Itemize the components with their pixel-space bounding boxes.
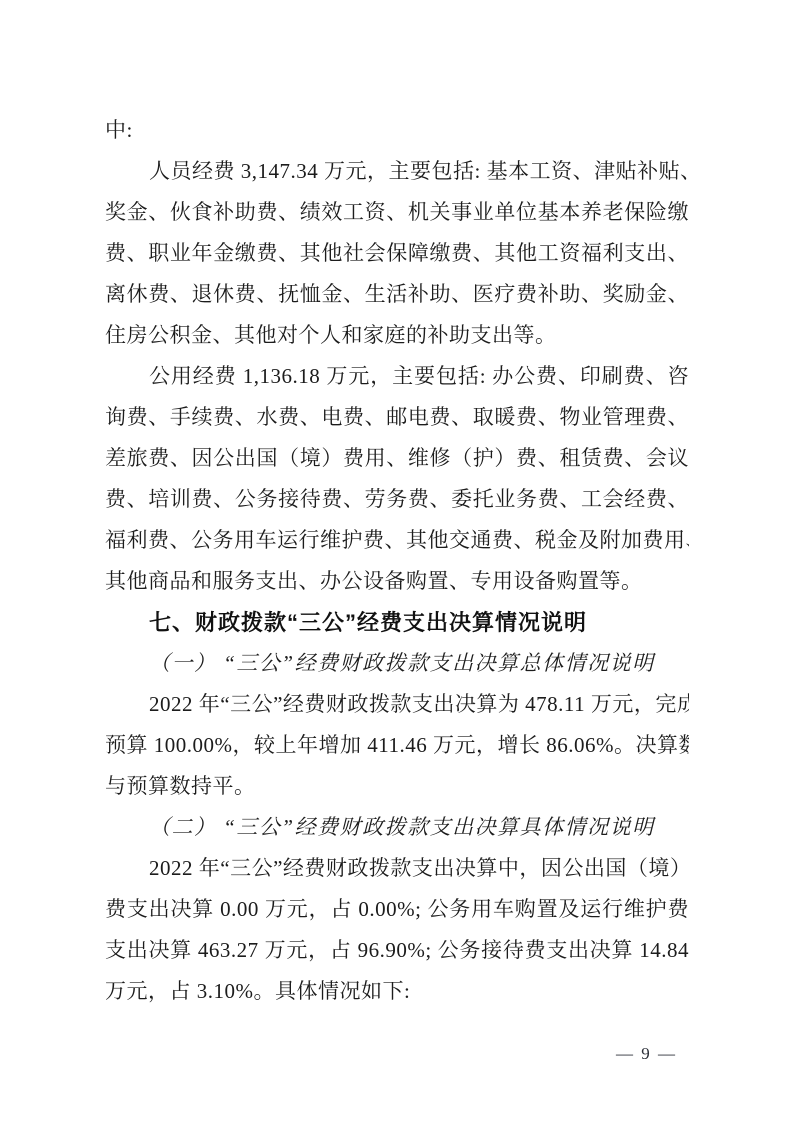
text-line: 中: (105, 110, 689, 151)
text-line: 费、职业年金缴费、其他社会保障缴费、其他工资福利支出、 (105, 233, 689, 274)
text-line: 福利费、公务用车运行维护费、其他交通费、税金及附加费用、 (105, 520, 689, 561)
text-line: 询费、手续费、水费、电费、邮电费、取暖费、物业管理费、 (105, 397, 689, 438)
subsection-heading: （二） “三公”经费财政拨款支出决算具体情况说明 (105, 807, 689, 848)
page-number: — 9 — (616, 1044, 677, 1064)
text-line: 人员经费 3,147.34 万元，主要包括: 基本工资、津贴补贴、 (105, 151, 689, 192)
text-line: 差旅费、因公出国（境）费用、维修（护）费、租赁费、会议 (105, 438, 689, 479)
text-line: 与预算数持平。 (105, 766, 689, 807)
text-line: 2022 年“三公”经费财政拨款支出决算为 478.11 万元，完成 (105, 684, 689, 725)
text-line: 支出决算 463.27 万元，占 96.90%; 公务接待费支出决算 14.84 (105, 930, 689, 971)
section-heading: 七、财政拨款“三公”经费支出决算情况说明 (105, 602, 689, 643)
text-line: 万元，占 3.10%。具体情况如下: (105, 971, 689, 1012)
subsection-heading: （一） “三公”经费财政拨款支出决算总体情况说明 (105, 643, 689, 684)
document-body: 中:人员经费 3,147.34 万元，主要包括: 基本工资、津贴补贴、奖金、伙食… (105, 110, 689, 1012)
text-line: 费支出决算 0.00 万元，占 0.00%; 公务用车购置及运行维护费 (105, 889, 689, 930)
text-line: 住房公积金、其他对个人和家庭的补助支出等。 (105, 315, 689, 356)
text-line: 离休费、退休费、抚恤金、生活补助、医疗费补助、奖励金、 (105, 274, 689, 315)
text-line: 费、培训费、公务接待费、劳务费、委托业务费、工会经费、 (105, 479, 689, 520)
text-line: 2022 年“三公”经费财政拨款支出决算中，因公出国（境） (105, 848, 689, 889)
text-line: 其他商品和服务支出、办公设备购置、专用设备购置等。 (105, 561, 689, 602)
document-page: 中:人员经费 3,147.34 万元，主要包括: 基本工资、津贴补贴、奖金、伙食… (0, 0, 793, 1122)
text-line: 公用经费 1,136.18 万元，主要包括: 办公费、印刷费、咨 (105, 356, 689, 397)
text-line: 预算 100.00%，较上年增加 411.46 万元，增长 86.06%。决算数 (105, 725, 689, 766)
text-line: 奖金、伙食补助费、绩效工资、机关事业单位基本养老保险缴 (105, 192, 689, 233)
